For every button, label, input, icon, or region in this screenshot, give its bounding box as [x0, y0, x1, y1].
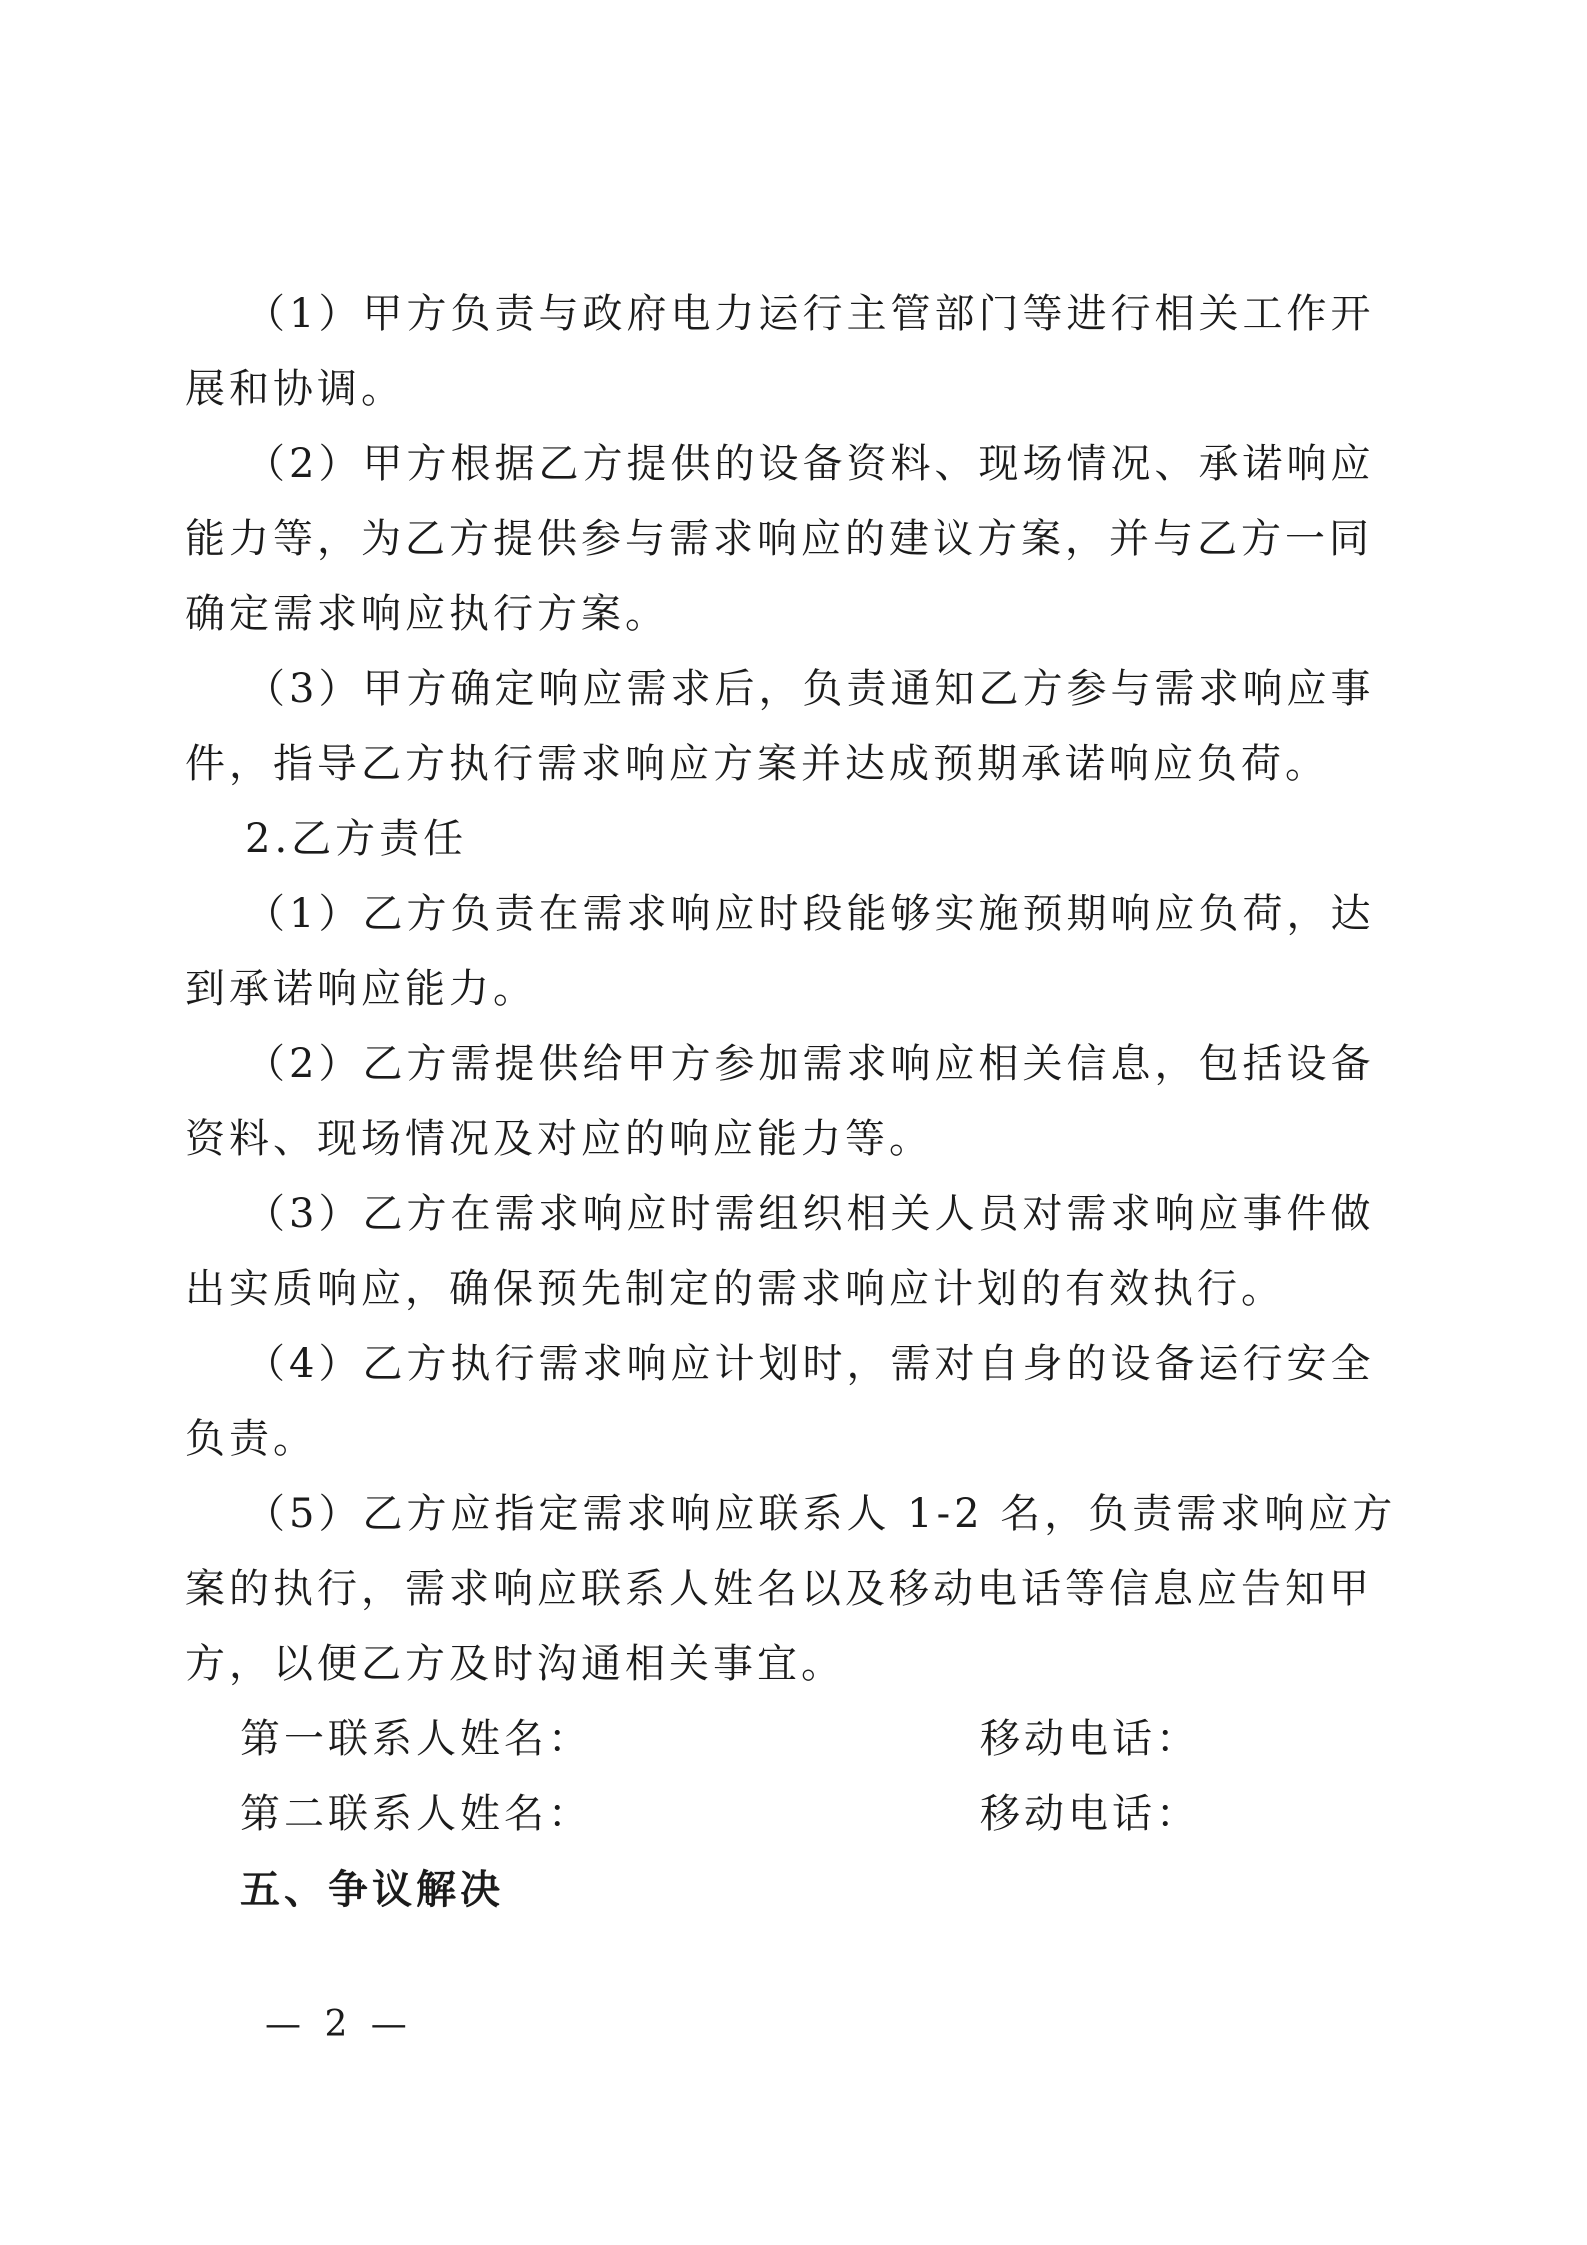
document-line: （2）甲方根据乙方提供的设备资料、现场情况、承诺响应	[185, 427, 1455, 502]
document-line: （4）乙方执行需求响应计划时，需对自身的设备运行安全	[185, 1327, 1455, 1402]
document-line: （3）乙方在需求响应时需组织相关人员对需求响应事件做	[185, 1177, 1455, 1252]
section-heading: 五、争议解决	[185, 1852, 1455, 1927]
document-line: 资料、现场情况及对应的响应能力等。	[185, 1102, 1455, 1177]
contact-phone-label: 移动电话：	[980, 1777, 1200, 1852]
document-line: 2.乙方责任	[185, 802, 1455, 877]
document-line: 能力等，为乙方提供参与需求响应的建议方案，并与乙方一同	[185, 502, 1455, 577]
document-line: （1）乙方负责在需求响应时段能够实施预期响应负荷，达	[185, 877, 1455, 952]
document-line: 展和协调。	[185, 352, 1455, 427]
document-line: 到承诺响应能力。	[185, 952, 1455, 1027]
document-line: 负责。	[185, 1402, 1455, 1477]
page-number: — 2 —	[265, 2003, 413, 2047]
document-line: 方，以便乙方及时沟通相关事宜。	[185, 1627, 1455, 1702]
document-line: 确定需求响应执行方案。	[185, 577, 1455, 652]
body-paragraph-lines: （1）甲方负责与政府电力运行主管部门等进行相关工作开展和协调。（2）甲方根据乙方…	[185, 277, 1455, 1702]
contact-phone-label: 移动电话：	[980, 1702, 1200, 1777]
document-page: （1）甲方负责与政府电力运行主管部门等进行相关工作开展和协调。（2）甲方根据乙方…	[0, 0, 1587, 2245]
document-line: （3）甲方确定响应需求后，负责通知乙方参与需求响应事	[185, 652, 1455, 727]
document-line: 案的执行，需求响应联系人姓名以及移动电话等信息应告知甲	[185, 1552, 1455, 1627]
document-line: （2）乙方需提供给甲方参加需求响应相关信息，包括设备	[185, 1027, 1455, 1102]
document-line: （1）甲方负责与政府电力运行主管部门等进行相关工作开	[185, 277, 1455, 352]
contact-row: 第一联系人姓名：移动电话：	[185, 1702, 1455, 1777]
contact-row: 第二联系人姓名：移动电话：	[185, 1777, 1455, 1852]
document-line: 出实质响应，确保预先制定的需求响应计划的有效执行。	[185, 1252, 1455, 1327]
document-line: （5）乙方应指定需求响应联系人 1-2 名，负责需求响应方	[185, 1477, 1455, 1552]
contract-text-block: （1）甲方负责与政府电力运行主管部门等进行相关工作开展和协调。（2）甲方根据乙方…	[185, 277, 1455, 1927]
contact-lines: 第一联系人姓名：移动电话：第二联系人姓名：移动电话：	[185, 1702, 1455, 1852]
contact-name-label: 第二联系人姓名：	[240, 1791, 592, 1837]
document-line: 件，指导乙方执行需求响应方案并达成预期承诺响应负荷。	[185, 727, 1455, 802]
contact-name-label: 第一联系人姓名：	[240, 1716, 592, 1762]
